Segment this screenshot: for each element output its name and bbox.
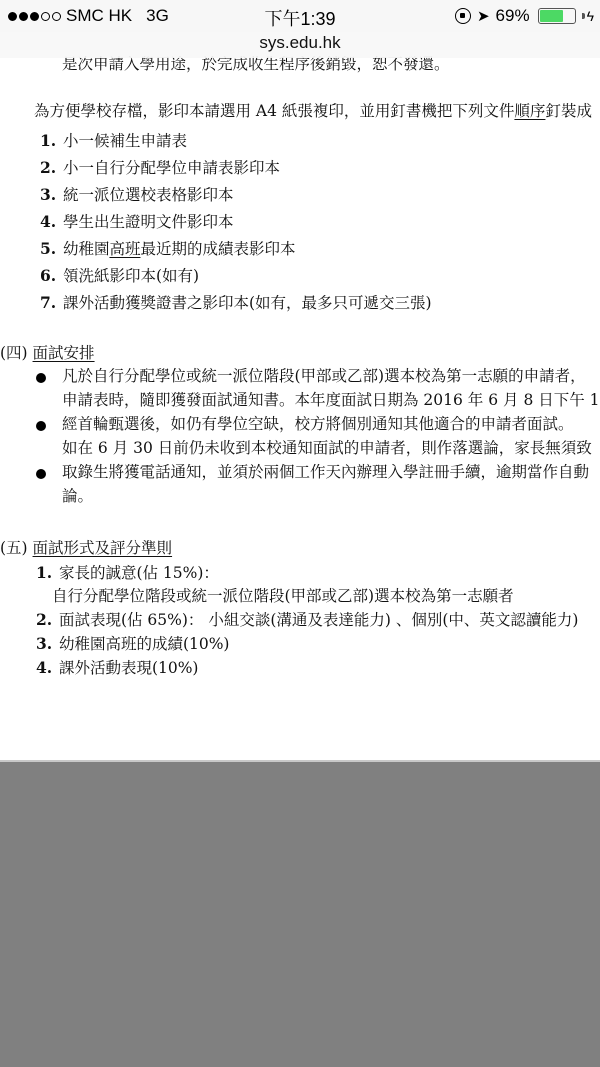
bullet-line: 經首輪甄選後，如仍有學位空缺，校方將個別通知其他適合的申請者面試。 <box>62 414 574 434</box>
item-number: 2. <box>40 158 58 178</box>
storage-note-text-end: 釘裝成 <box>545 102 592 120</box>
page-overscroll-area <box>0 764 600 1067</box>
storage-note-text: 為方便學校存檔，影印本請選用 A4 紙張複印，並用釘書機把下列文件 <box>34 102 514 120</box>
url-bar[interactable]: sys.edu.hk <box>0 32 600 58</box>
item-number: 6. <box>40 266 58 286</box>
bullet-icon <box>36 421 46 431</box>
url-text[interactable]: sys.edu.hk <box>259 33 340 52</box>
battery-percent: 69% <box>496 6 530 26</box>
item-number: 4. <box>40 212 58 232</box>
doc-list-item: 1. 小一候補生申請表 <box>40 131 187 151</box>
item-text-underlined: 高班 <box>109 240 140 258</box>
section-label: (五) <box>0 539 28 557</box>
item-text: 小一候補生申請表 <box>63 132 187 150</box>
criteria-item: 2. 面試表現(佔 65%)： 小組交談(溝通及表達能力) 、個別(中、英文認讀… <box>36 610 578 630</box>
doc-list-item: 6. 領洗紙影印本(如有) <box>40 266 199 286</box>
bullet-line: 如在 6 月 30 日前仍未收到本校通知面試的申請者，則作落選論，家長無須致 <box>62 438 592 458</box>
status-bar: SMC HK 3G 下午1:39 ➤ 69% ϟ <box>0 0 600 32</box>
item-text: 領洗紙影印本(如有) <box>63 267 199 285</box>
battery-icon <box>538 8 576 24</box>
storage-note: 為方便學校存檔，影印本請選用 A4 紙張複印，並用釘書機把下列文件順序釘裝成 <box>34 101 592 121</box>
bullet-line: 論。 <box>62 486 93 506</box>
bullet-icon <box>36 373 46 383</box>
item-text: 課外活動獲獎證書之影印本(如有，最多只可遞交三張) <box>63 294 432 312</box>
storage-note-underlined: 順序 <box>514 102 545 120</box>
charging-bolt-icon: ϟ <box>587 8 594 24</box>
section-title: 面試安排 <box>33 344 95 362</box>
web-page-content[interactable]: 是次申請入學用途，於完成收生程序後銷毀，恕不發還。 為方便學校存檔，影印本請選用… <box>0 0 600 762</box>
doc-list-item: 4. 學生出生證明文件影印本 <box>40 212 233 232</box>
criteria-item: 1. 家長的誠意(佔 15%)： <box>36 563 219 583</box>
item-text-end: 最近期的成績表影印本 <box>140 240 295 258</box>
section4-heading: (四) 面試安排 <box>0 343 95 363</box>
criteria-item: 3. 幼稚園高班的成績(10%) <box>36 634 229 654</box>
doc-list-item: 2. 小一自行分配學位申請表影印本 <box>40 158 280 178</box>
item-number: 7. <box>40 293 58 313</box>
item-number: 1. <box>36 563 54 583</box>
item-text: 面試表現(佔 65%)： 小組交談(溝通及表達能力) 、個別(中、英文認讀能力) <box>59 611 579 629</box>
criteria-subtext: 自行分配學位階段或統一派位階段(甲部或乙部)選本校為第一志願者 <box>52 586 514 606</box>
doc-list-item: 7. 課外活動獲獎證書之影印本(如有，最多只可遞交三張) <box>40 293 432 313</box>
section-title: 面試形式及評分準則 <box>33 539 173 557</box>
location-arrow-icon: ➤ <box>477 7 490 25</box>
criteria-item: 4. 課外活動表現(10%) <box>36 658 198 678</box>
item-text: 幼稚園 <box>63 240 110 258</box>
item-text: 小一自行分配學位申請表影印本 <box>63 159 280 177</box>
item-text: 統一派位選校表格影印本 <box>63 186 234 204</box>
orientation-lock-icon <box>455 8 471 24</box>
item-text: 家長的誠意(佔 15%)： <box>59 564 219 582</box>
item-text: 幼稚園高班的成績(10%) <box>59 635 230 653</box>
bullet-line: 取錄生將獲電話通知，並須於兩個工作天內辦理入學註冊手續，逾期當作自動 <box>62 462 589 482</box>
doc-list-item: 5. 幼稚園高班最近期的成績表影印本 <box>40 239 295 259</box>
item-number: 3. <box>36 634 54 654</box>
battery-tip <box>582 13 585 19</box>
bullet-line: 申請表時，隨即獲發面試通知書。本年度面試日期為 2016 年 6 月 8 日下午… <box>62 390 600 410</box>
item-number: 1. <box>40 131 58 151</box>
item-text: 課外活動表現(10%) <box>59 659 199 677</box>
doc-list-item: 3. 統一派位選校表格影印本 <box>40 185 233 205</box>
item-number: 5. <box>40 239 58 259</box>
item-number: 3. <box>40 185 58 205</box>
item-text: 學生出生證明文件影印本 <box>63 213 234 231</box>
item-number: 2. <box>36 610 54 630</box>
bullet-icon <box>36 469 46 479</box>
item-number: 4. <box>36 658 54 678</box>
bullet-line: 凡於自行分配學位或統一派位階段(甲部或乙部)選本校為第一志願的申請者， <box>62 366 586 386</box>
section5-heading: (五) 面試形式及評分準則 <box>0 538 172 558</box>
section-label: (四) <box>0 344 28 362</box>
